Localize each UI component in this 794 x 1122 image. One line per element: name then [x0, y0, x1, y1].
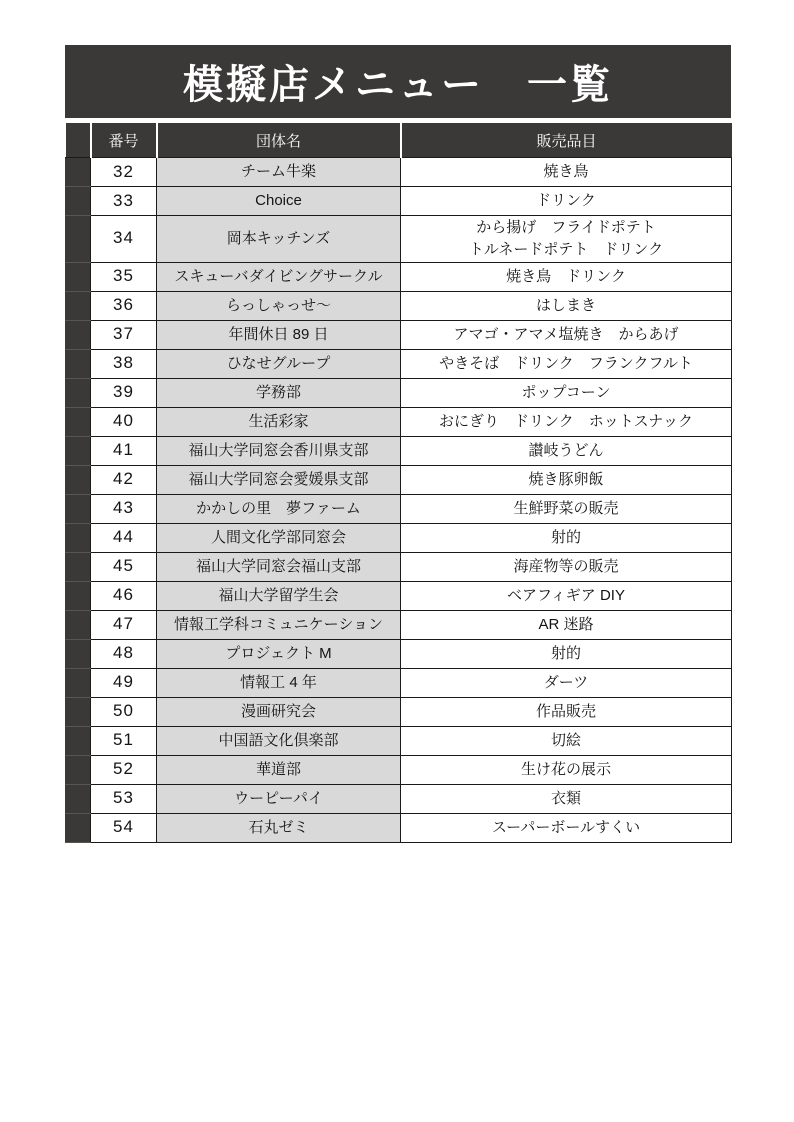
header-row: 番号 団体名 販売品目	[66, 123, 732, 158]
items-cell: AR 迷路	[401, 610, 732, 639]
items-cell: はしまき	[401, 291, 732, 320]
items-cell: 讃岐うどん	[401, 436, 732, 465]
row-number-cell: 49	[91, 668, 157, 697]
row-number-cell: 43	[91, 494, 157, 523]
table-row: 50 漫画研究会 作品販売	[66, 697, 732, 726]
row-strip-cell	[66, 158, 91, 187]
group-name-cell: かかしの里 夢ファーム	[157, 494, 401, 523]
row-strip-cell	[66, 407, 91, 436]
page-title: 模擬店メニュー 一覧	[183, 53, 613, 110]
row-number-cell: 36	[91, 291, 157, 320]
row-number-cell: 45	[91, 552, 157, 581]
row-number-cell: 38	[91, 349, 157, 378]
menu-table-header: 番号 団体名 販売品目	[66, 123, 732, 158]
items-cell: 衣類	[401, 784, 732, 813]
row-strip-cell	[66, 187, 91, 216]
row-strip-cell	[66, 436, 91, 465]
table-row: 44 人間文化学部同窓会 射的	[66, 523, 732, 552]
row-strip-cell	[66, 726, 91, 755]
row-number-cell: 48	[91, 639, 157, 668]
items-cell: おにぎり ドリンク ホットスナック	[401, 407, 732, 436]
table-row: 48 プロジェクト M 射的	[66, 639, 732, 668]
group-name-cell: スキューバダイビングサークル	[157, 262, 401, 291]
group-name-cell: 華道部	[157, 755, 401, 784]
row-strip-cell	[66, 523, 91, 552]
items-cell: 切絵	[401, 726, 732, 755]
group-name-cell: ウーピーパイ	[157, 784, 401, 813]
items-cell: 作品販売	[401, 697, 732, 726]
row-strip-cell	[66, 378, 91, 407]
row-strip-cell	[66, 320, 91, 349]
items-cell: アマゴ・アマメ塩焼き からあげ	[401, 320, 732, 349]
row-strip-cell	[66, 668, 91, 697]
items-cell: 射的	[401, 639, 732, 668]
items-cell: 海産物等の販売	[401, 552, 732, 581]
group-name-cell: 情報工 4 年	[157, 668, 401, 697]
group-name-cell: 生活彩家	[157, 407, 401, 436]
table-row: 51 中国語文化倶楽部 切絵	[66, 726, 732, 755]
row-strip-cell	[66, 755, 91, 784]
group-name-cell: 福山大学留学生会	[157, 581, 401, 610]
row-strip-cell	[66, 349, 91, 378]
table-row: 35 スキューバダイビングサークル 焼き鳥 ドリンク	[66, 262, 732, 291]
menu-table-body: 32 チーム牛楽 焼き鳥 33 Choice ドリンク 34 岡本キッチンズ か…	[66, 158, 732, 843]
table-row: 47 情報工学科コミュニケーション AR 迷路	[66, 610, 732, 639]
row-strip-cell	[66, 784, 91, 813]
group-name-cell: チーム牛楽	[157, 158, 401, 187]
row-number-cell: 40	[91, 407, 157, 436]
table-row: 54 石丸ゼミ スーパーボールすくい	[66, 813, 732, 842]
group-name-cell: プロジェクト M	[157, 639, 401, 668]
row-number-cell: 35	[91, 262, 157, 291]
row-number-cell: 44	[91, 523, 157, 552]
table-row: 38 ひなせグループ やきそば ドリンク フランクフルト	[66, 349, 732, 378]
group-name-cell: 学務部	[157, 378, 401, 407]
menu-table: 番号 団体名 販売品目 32 チーム牛楽 焼き鳥 33 Choice ドリンク …	[65, 123, 732, 843]
items-cell: 射的	[401, 523, 732, 552]
row-number-cell: 42	[91, 465, 157, 494]
row-strip-cell	[66, 552, 91, 581]
row-strip-cell	[66, 216, 91, 263]
row-number-cell: 34	[91, 216, 157, 263]
row-strip-cell	[66, 494, 91, 523]
table-row: 42 福山大学同窓会愛媛県支部 焼き豚卵飯	[66, 465, 732, 494]
table-row: 53 ウーピーパイ 衣類	[66, 784, 732, 813]
table-row: 34 岡本キッチンズ から揚げ フライドポテト トルネードポテト ドリンク	[66, 216, 732, 263]
items-cell: 焼き鳥	[401, 158, 732, 187]
items-cell: 生鮮野菜の販売	[401, 494, 732, 523]
group-name-cell: 中国語文化倶楽部	[157, 726, 401, 755]
group-name-cell: 年間休日 89 日	[157, 320, 401, 349]
row-number-cell: 50	[91, 697, 157, 726]
table-row: 32 チーム牛楽 焼き鳥	[66, 158, 732, 187]
table-row: 49 情報工 4 年 ダーツ	[66, 668, 732, 697]
group-name-cell: ひなせグループ	[157, 349, 401, 378]
items-cell: ドリンク	[401, 187, 732, 216]
items-cell: やきそば ドリンク フランクフルト	[401, 349, 732, 378]
group-name-cell: 石丸ゼミ	[157, 813, 401, 842]
table-row: 41 福山大学同窓会香川県支部 讃岐うどん	[66, 436, 732, 465]
items-cell: から揚げ フライドポテト トルネードポテト ドリンク	[401, 216, 732, 263]
row-number-cell: 37	[91, 320, 157, 349]
row-strip-cell	[66, 465, 91, 494]
table-row: 37 年間休日 89 日 アマゴ・アマメ塩焼き からあげ	[66, 320, 732, 349]
row-strip-cell	[66, 581, 91, 610]
row-strip-cell	[66, 262, 91, 291]
row-number-cell: 32	[91, 158, 157, 187]
group-name-cell: 岡本キッチンズ	[157, 216, 401, 263]
title-banner: 模擬店メニュー 一覧	[65, 45, 731, 118]
group-name-cell: 情報工学科コミュニケーション	[157, 610, 401, 639]
table-row: 52 華道部 生け花の展示	[66, 755, 732, 784]
row-strip-cell	[66, 813, 91, 842]
row-number-cell: 51	[91, 726, 157, 755]
row-number-cell: 52	[91, 755, 157, 784]
row-number-cell: 39	[91, 378, 157, 407]
group-name-cell: 人間文化学部同窓会	[157, 523, 401, 552]
table-row: 43 かかしの里 夢ファーム 生鮮野菜の販売	[66, 494, 732, 523]
items-cell: ベアフィギア DIY	[401, 581, 732, 610]
items-cell: スーパーボールすくい	[401, 813, 732, 842]
row-number-cell: 41	[91, 436, 157, 465]
group-name-cell: 福山大学同窓会福山支部	[157, 552, 401, 581]
group-name-cell: 福山大学同窓会香川県支部	[157, 436, 401, 465]
items-cell: ダーツ	[401, 668, 732, 697]
row-number-cell: 46	[91, 581, 157, 610]
header-number: 番号	[91, 123, 157, 158]
row-strip-cell	[66, 697, 91, 726]
header-strip-cell	[66, 123, 91, 158]
table-row: 39 学務部 ポップコーン	[66, 378, 732, 407]
row-strip-cell	[66, 610, 91, 639]
items-cell: 焼き鳥 ドリンク	[401, 262, 732, 291]
row-strip-cell	[66, 639, 91, 668]
table-row: 45 福山大学同窓会福山支部 海産物等の販売	[66, 552, 732, 581]
row-number-cell: 54	[91, 813, 157, 842]
header-group-name: 団体名	[157, 123, 401, 158]
items-cell: 生け花の展示	[401, 755, 732, 784]
table-row: 40 生活彩家 おにぎり ドリンク ホットスナック	[66, 407, 732, 436]
group-name-cell: らっしゃっせ～	[157, 291, 401, 320]
table-row: 36 らっしゃっせ～ はしまき	[66, 291, 732, 320]
items-cell: 焼き豚卵飯	[401, 465, 732, 494]
row-number-cell: 33	[91, 187, 157, 216]
group-name-cell: 福山大学同窓会愛媛県支部	[157, 465, 401, 494]
table-row: 33 Choice ドリンク	[66, 187, 732, 216]
table-row: 46 福山大学留学生会 ベアフィギア DIY	[66, 581, 732, 610]
row-number-cell: 47	[91, 610, 157, 639]
row-number-cell: 53	[91, 784, 157, 813]
group-name-cell: Choice	[157, 187, 401, 216]
row-strip-cell	[66, 291, 91, 320]
group-name-cell: 漫画研究会	[157, 697, 401, 726]
document-page: 模擬店メニュー 一覧 番号 団体名 販売品目 32 チーム牛楽 焼き鳥 33 C…	[0, 0, 794, 1122]
header-items: 販売品目	[401, 123, 732, 158]
items-cell: ポップコーン	[401, 378, 732, 407]
